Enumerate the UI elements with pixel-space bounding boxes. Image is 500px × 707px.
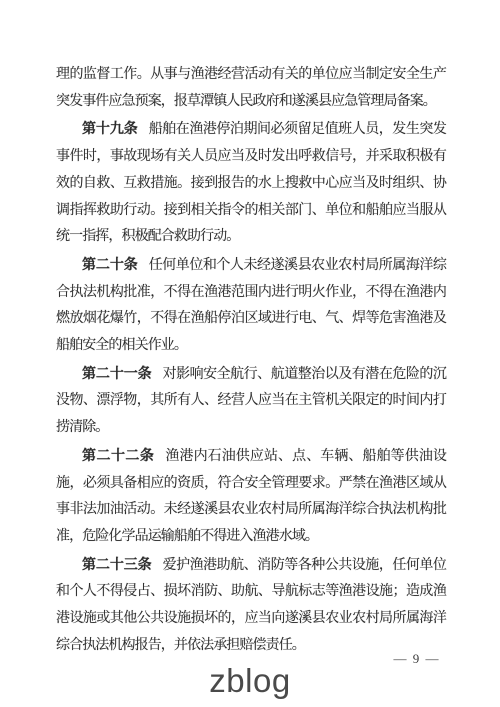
article-number: 第十九条: [82, 120, 138, 136]
paragraph-text: 理的监督工作。从事与渔港经营活动有关的单位应当制定安全生产突发事件应急预案，报草…: [56, 67, 446, 109]
article-number: 第二十一条: [82, 365, 152, 381]
paragraph-article-21: 第二十一条对影响安全航行、航道整治以及有潜在危险的沉没物、漂浮物，其所有人、经营…: [56, 360, 446, 442]
article-number: 第二十条: [82, 256, 138, 272]
watermark-logo: zblog: [0, 662, 500, 700]
paragraph-text: 船舶在渔港停泊期间必须留足值班人员，发生突发事件时，事故现场有关人员应当及时发出…: [56, 122, 446, 244]
paragraph-text: 渔港内石油供应站、点、车辆、船舶等供油设施，必须具备相应的资质，符合安全管理要求…: [56, 449, 446, 544]
article-number: 第二十二条: [82, 447, 154, 463]
paragraph-article-22: 第二十二条渔港内石油供应站、点、车辆、船舶等供油设施，必须具备相应的资质，符合安…: [56, 442, 446, 551]
paragraph-article-19: 第十九条船舶在渔港停泊期间必须留足值班人员，发生突发事件时，事故现场有关人员应当…: [56, 115, 446, 251]
paragraph-article-20: 第二十条任何单位和个人未经遂溪县农业农村局所属海洋综合执法机构批准，不得在渔港范…: [56, 251, 446, 360]
article-number: 第二十三条: [82, 556, 152, 572]
paragraph-continuation: 理的监督工作。从事与渔港经营活动有关的单位应当制定安全生产突发事件应急预案，报草…: [56, 62, 446, 115]
paragraph-article-23: 第二十三条爱护渔港助航、消防等各种公共设施，任何单位和个人不得侵占、损坏消防、助…: [56, 551, 446, 660]
paragraph-text: 任何单位和个人未经遂溪县农业农村局所属海洋综合执法机构批准，不得在渔港范围内进行…: [56, 258, 446, 353]
document-body: 理的监督工作。从事与渔港经营活动有关的单位应当制定安全生产突发事件应急预案，报草…: [56, 62, 446, 659]
document-page: 理的监督工作。从事与渔港经营活动有关的单位应当制定安全生产突发事件应急预案，报草…: [0, 0, 500, 707]
